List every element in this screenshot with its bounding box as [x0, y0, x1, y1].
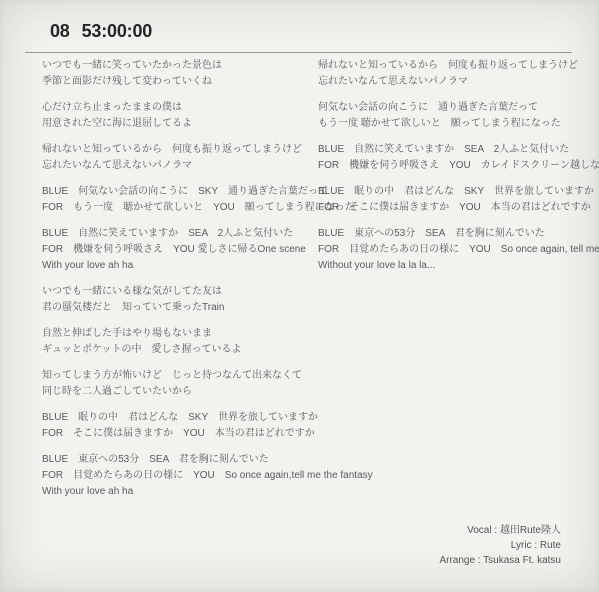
lyric-line: BLUE 東京への53分 SEA 君を胸に刻んでいた: [42, 452, 312, 468]
lyric-line: BLUE 眠りの中 君はどんな SKY 世界を旅していますか: [42, 410, 312, 426]
lyric-line: 用意された空に海に退屈してるよ: [42, 116, 312, 132]
stanza: BLUE 眠りの中 君はどんな SKY 世界を旅していますかFOR そこに僕は届…: [318, 184, 596, 216]
credit-line: Lyric : Rute: [439, 538, 561, 553]
lyric-line: 帰れないと知っているから 何度も振り返ってしまうけど: [42, 142, 312, 158]
stanza: BLUE 東京への53分 SEA 君を胸に刻んでいたFOR 目覚めたらあの日の様…: [42, 452, 312, 500]
lyric-line: 心だけ立ち止まったままの僕は: [42, 100, 312, 116]
lyric-line: BLUE 自然に笑えていますか SEA 2人ふと気付いた: [42, 226, 312, 242]
track-title: 53:00:00: [82, 21, 152, 41]
lyric-line: BLUE 東京への53分 SEA 君を胸に刻んでいた: [318, 226, 596, 242]
stanza: BLUE 東京への53分 SEA 君を胸に刻んでいたFOR 目覚めたらあの日の様…: [318, 226, 596, 274]
lyrics-column-right: 帰れないと知っているから 何度も振り返ってしまうけど忘れたいなんて思えないパノラ…: [318, 58, 596, 284]
credit-line: Arrange : Tsukasa Ft. katsu: [439, 553, 561, 568]
track-header: 0853:00:00: [50, 21, 152, 42]
lyric-line: With your love ah ha: [42, 484, 312, 500]
lyric-line: BLUE 眠りの中 君はどんな SKY 世界を旅していますか: [318, 184, 596, 200]
lyric-line: FOR 機嫌を伺う呼吸さえ YOU 愛しさに帰るOne scene: [42, 242, 312, 258]
lyric-line: FOR そこに僕は届きますか YOU 本当の君はどれですか: [42, 426, 312, 442]
stanza: 知ってしまう方が怖いけど じっと待つなんて出来なくて同じ時を二人過ごしていたいか…: [42, 368, 312, 400]
lyric-line: FOR 機嫌を伺う呼吸さえ YOU カレイドスクリーン越しなら: [318, 158, 596, 174]
lyrics-column-left: いつでも一緒に笑っていたかった景色は季節と面影だけ残して変わっていくね心だけ立ち…: [42, 58, 312, 510]
stanza: 帰れないと知っているから 何度も振り返ってしまうけど忘れたいなんて思えないパノラ…: [318, 58, 596, 90]
stanza: 帰れないと知っているから 何度も振り返ってしまうけど忘れたいなんて思えないパノラ…: [42, 142, 312, 174]
lyric-line: Without your love la la la...: [318, 258, 596, 274]
credits-block: Vocal : 越田Rute隆人Lyric : RuteArrange : Ts…: [439, 523, 561, 568]
lyric-line: BLUE 何気ない会話の向こうに SKY 通り過ぎた言葉だって: [42, 184, 312, 200]
header-divider: [25, 52, 572, 53]
lyric-line: ギュッとポケットの中 愛しさ握っているよ: [42, 342, 312, 358]
lyric-line: もう一度 聴かせて欲しいと 願ってしまう程になった: [318, 116, 596, 132]
booklet-page: { "header": { "track_number": "08", "tra…: [0, 0, 599, 592]
lyric-line: いつでも一緒に笑っていたかった景色は: [42, 58, 312, 74]
stanza: BLUE 何気ない会話の向こうに SKY 通り過ぎた言葉だってFOR もう一度 …: [42, 184, 312, 216]
lyric-line: 帰れないと知っているから 何度も振り返ってしまうけど: [318, 58, 596, 74]
stanza: BLUE 自然に笑えていますか SEA 2人ふと気付いたFOR 機嫌を伺う呼吸さ…: [42, 226, 312, 274]
stanza: いつでも一緒にいる様な気がしてた友は君の蜃気楼だと 知っていて乗ったTrain: [42, 284, 312, 316]
stanza: 何気ない会話の向こうに 通り過ぎた言葉だってもう一度 聴かせて欲しいと 願ってし…: [318, 100, 596, 132]
lyric-line: 君の蜃気楼だと 知っていて乗ったTrain: [42, 300, 312, 316]
stanza: 自然と伸ばした手はやり場もないままギュッとポケットの中 愛しさ握っているよ: [42, 326, 312, 358]
stanza: BLUE 自然に笑えていますか SEA 2人ふと気付いたFOR 機嫌を伺う呼吸さ…: [318, 142, 596, 174]
lyric-line: 忘れたいなんて思えないパノラマ: [42, 158, 312, 174]
stanza: いつでも一緒に笑っていたかった景色は季節と面影だけ残して変わっていくね: [42, 58, 312, 90]
lyric-line: FOR もう一度 聴かせて欲しいと YOU 願ってしまう程になった: [42, 200, 312, 216]
lyric-line: BLUE 自然に笑えていますか SEA 2人ふと気付いた: [318, 142, 596, 158]
lyric-line: 同じ時を二人過ごしていたいから: [42, 384, 312, 400]
credit-line: Vocal : 越田Rute隆人: [439, 523, 561, 538]
lyric-line: FOR 目覚めたらあの日の様に YOU So once again, tell …: [318, 242, 596, 258]
track-number: 08: [50, 21, 70, 41]
stanza: BLUE 眠りの中 君はどんな SKY 世界を旅していますかFOR そこに僕は届…: [42, 410, 312, 442]
lyric-line: 忘れたいなんて思えないパノラマ: [318, 74, 596, 90]
lyric-line: 自然と伸ばした手はやり場もないまま: [42, 326, 312, 342]
lyric-line: FOR 目覚めたらあの日の様に YOU So once again,tell m…: [42, 468, 312, 484]
lyric-line: FOR そこに僕は届きますか YOU 本当の君はどれですか: [318, 200, 596, 216]
lyric-line: 何気ない会話の向こうに 通り過ぎた言葉だって: [318, 100, 596, 116]
stanza: 心だけ立ち止まったままの僕は用意された空に海に退屈してるよ: [42, 100, 312, 132]
lyric-line: With your love ah ha: [42, 258, 312, 274]
lyric-line: いつでも一緒にいる様な気がしてた友は: [42, 284, 312, 300]
lyric-line: 季節と面影だけ残して変わっていくね: [42, 74, 312, 90]
lyric-line: 知ってしまう方が怖いけど じっと待つなんて出来なくて: [42, 368, 312, 384]
